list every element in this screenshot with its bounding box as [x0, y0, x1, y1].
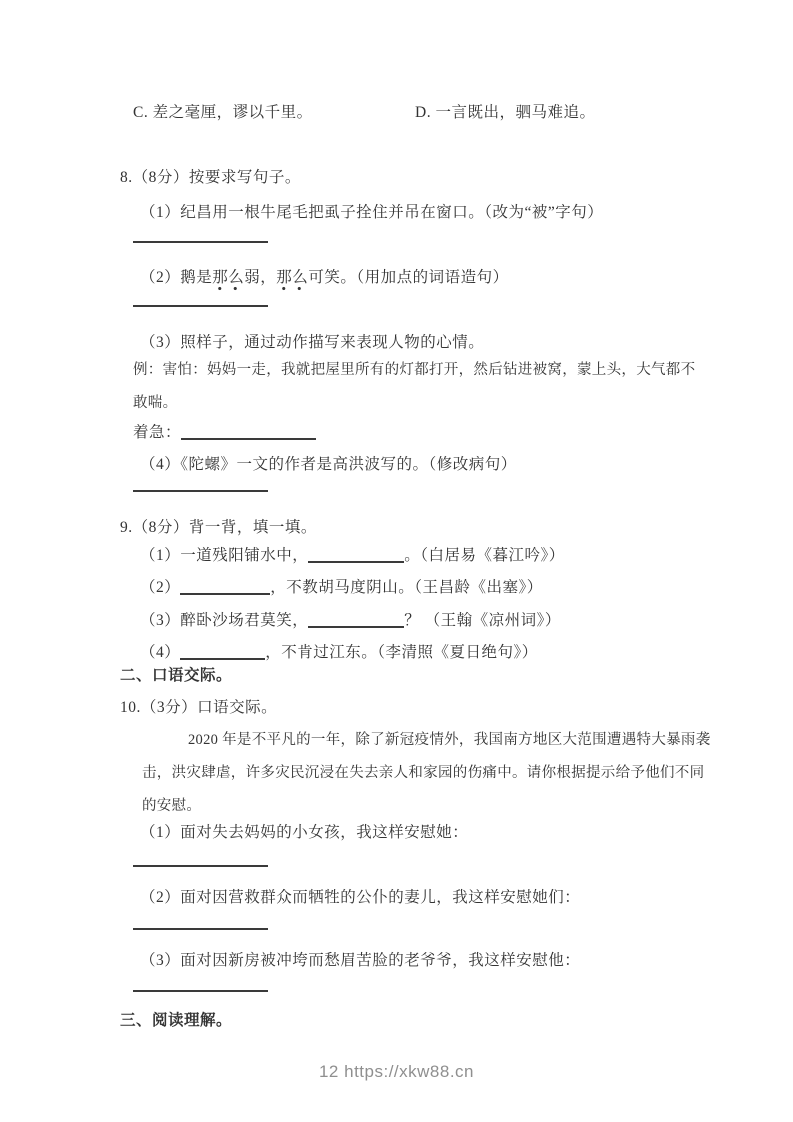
q10-item-3: （3）面对因新房被冲垮而愁眉苦脸的老爷爷，我这样安慰他：	[140, 944, 580, 977]
page-number: 12	[319, 1062, 339, 1081]
answer-blank-line	[133, 305, 268, 307]
question-8-header: 8.（8分）按要求写句子。	[120, 161, 301, 194]
fill-blank	[180, 646, 265, 660]
q8-anxious-row: 着急：	[133, 416, 316, 449]
q9-item-2-pre: （2）	[140, 579, 180, 596]
section-2-title: 二、口语交际。	[120, 659, 232, 692]
footer-url: https://xkw88.cn	[344, 1062, 474, 1081]
q10-intro-line-1: 2020 年是不平凡的一年，除了新冠疫情外，我国南方地区大范围遭遇特大暴雨袭	[142, 724, 711, 757]
page-footer: 12 https://xkw88.cn	[0, 1060, 793, 1084]
q8-item-2-pre: （2）鹅是	[140, 269, 212, 286]
q8-example-line-1: 例：害怕：妈妈一走，我就把屋里所有的灯都打开，然后钻进被窝，蒙上头，大气都不	[133, 354, 695, 387]
exam-page: C. 差之毫厘，谬以千里。 D. 一言既出，驷马难追。 8.（8分）按要求写句子…	[0, 0, 793, 1122]
answer-blank-line	[133, 241, 268, 243]
q8-item-2-post: 可笑。（用加点的词语造句）	[308, 269, 508, 286]
option-d: D. 一言既出，驷马难追。	[415, 96, 595, 129]
q8-example: 例：害怕：妈妈一走，我就把屋里所有的灯都打开，然后钻进被窝，蒙上头，大气都不 敢…	[133, 354, 695, 420]
answer-blank-line	[133, 865, 268, 867]
fill-blank	[308, 549, 404, 563]
q10-intro: 2020 年是不平凡的一年，除了新冠疫情外，我国南方地区大范围遭遇特大暴雨袭 击…	[142, 724, 711, 823]
q9-item-1: （1）一道残阳铺水中，。（白居易《暮江吟》）	[140, 539, 565, 572]
q9-item-3-pre: （3）醉卧沙场君莫笑，	[140, 612, 308, 629]
answer-blank-line	[133, 990, 268, 992]
q8-item-2: （2）鹅是那么弱，那么可笑。（用加点的词语造句）	[140, 261, 509, 294]
q8-item-1: （1）纪昌用一根牛尾毛把虱子拴住并吊在窗口。（改为“被”字句）	[140, 196, 603, 229]
q10-item-2: （2）面对因营救群众而牺牲的公仆的妻儿，我这样安慰她们：	[140, 881, 580, 914]
q9-item-4-post: ，不肯过江东。（李清照《夏日绝句》）	[265, 644, 538, 661]
section-3-title: 三、阅读理解。	[120, 1004, 232, 1037]
question-10-header: 10.（3分）口语交际。	[120, 691, 277, 724]
fill-blank	[308, 614, 404, 628]
q9-item-1-pre: （1）一道残阳铺水中，	[140, 547, 308, 564]
q9-item-1-post: 。（白居易《暮江吟》）	[404, 547, 565, 564]
q8-item-2-mid: 弱，	[244, 269, 276, 286]
answer-blank-inline	[181, 426, 316, 440]
fill-blank	[180, 581, 270, 595]
q10-item-1: （1）面对失去妈妈的小女孩，我这样安慰她：	[140, 816, 468, 849]
q8-item-4: （4）《陀螺》一文的作者是高洪波写的。（修改病句）	[140, 448, 517, 481]
emphasized-word: 那么	[276, 269, 308, 291]
q9-item-3-post: ？ （王翰《凉州词》）	[404, 612, 561, 629]
option-c: C. 差之毫厘，谬以千里。	[133, 96, 313, 129]
q9-item-3: （3）醉卧沙场君莫笑，？ （王翰《凉州词》）	[140, 604, 561, 637]
answer-blank-line	[133, 490, 268, 492]
q10-intro-line-2: 击，洪灾肆虐，许多灾民沉浸在失去亲人和家园的伤痛中。请你根据提示给予他们不同	[142, 757, 711, 790]
q9-item-2: （2），不教胡马度阴山。（王昌龄《出塞》）	[140, 571, 543, 604]
q9-item-2-post: ，不教胡马度阴山。（王昌龄《出塞》）	[270, 579, 543, 596]
answer-blank-line	[133, 928, 268, 930]
emphasized-word: 那么	[212, 269, 244, 291]
q8-anxious-label: 着急：	[133, 424, 181, 441]
